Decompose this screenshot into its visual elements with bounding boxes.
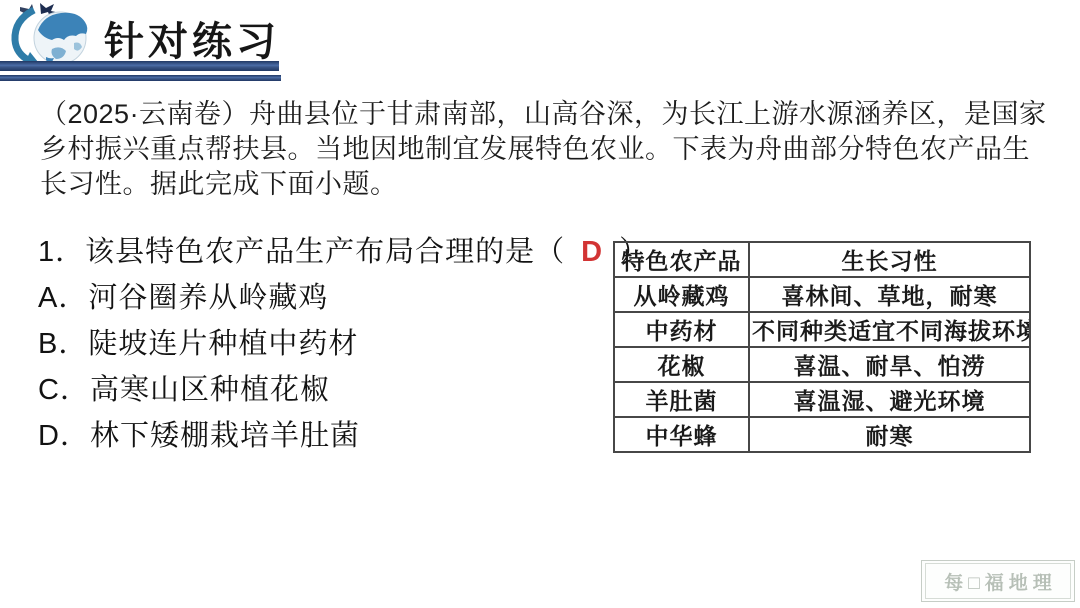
table-header-product: 特色农产品 bbox=[614, 242, 749, 277]
header-divider-thin bbox=[0, 75, 281, 81]
answer-letter: D bbox=[581, 236, 603, 268]
option-d: D．林下矮棚栽培羊肚菌 bbox=[38, 420, 649, 453]
table-row: 花椒 喜温、耐旱、怕涝 bbox=[614, 347, 1030, 382]
watermark-stamp: 每□福地理 bbox=[921, 560, 1075, 602]
habits-table: 特色农产品 生长习性 从岭藏鸡 喜林间、草地，耐寒 中药材 不同种类适宜不同海拔… bbox=[613, 241, 1031, 453]
page-title: 针对练习 bbox=[104, 10, 280, 67]
globe-icon bbox=[6, 2, 102, 66]
stem-line: 长习性。据此完成下面小题。 bbox=[40, 167, 1030, 202]
table-row: 羊肚菌 喜温湿、避光环境 bbox=[614, 382, 1030, 417]
watermark-inner-border: 每□福地理 bbox=[925, 563, 1071, 599]
header-divider-thick bbox=[0, 61, 279, 71]
product-cell: 中药材 bbox=[614, 312, 749, 347]
table-row: 中药材 不同种类适宜不同海拔环境 bbox=[614, 312, 1030, 347]
table-header-habit: 生长习性 bbox=[749, 242, 1030, 277]
product-cell: 中华蜂 bbox=[614, 417, 749, 452]
habit-cell: 不同种类适宜不同海拔环境 bbox=[749, 312, 1030, 347]
stem-line: 乡村振兴重点帮扶县。当地因地制宜发展特色农业。下表为舟曲部分特色农产品生 bbox=[40, 132, 1030, 167]
habit-cell: 喜温、耐旱、怕涝 bbox=[749, 347, 1030, 382]
option-b: B．陡坡连片种植中药材 bbox=[38, 328, 649, 361]
slide: 针对练习 （2025·云南卷）舟曲县位于甘肃南部，山高谷深，为长江上游水源涵养区… bbox=[0, 0, 1080, 608]
question-text: 1．该县特色农产品生产布局合理的是（ bbox=[38, 236, 565, 268]
question-line: 1．该县特色农产品生产布局合理的是（D） bbox=[38, 236, 649, 269]
watermark-text: 每□福地理 bbox=[939, 568, 1056, 595]
table-row: 中华蜂 耐寒 bbox=[614, 417, 1030, 452]
habit-cell: 喜温湿、避光环境 bbox=[749, 382, 1030, 417]
table-row: 从岭藏鸡 喜林间、草地，耐寒 bbox=[614, 277, 1030, 312]
question-block: 1．该县特色农产品生产布局合理的是（D） A．河谷圈养从岭藏鸡 B．陡坡连片种植… bbox=[38, 236, 649, 453]
product-cell: 从岭藏鸡 bbox=[614, 277, 749, 312]
stem-line: （2025·云南卷）舟曲县位于甘肃南部，山高谷深，为长江上游水源涵养区，是国家 bbox=[40, 97, 1030, 132]
habit-cell: 喜林间、草地，耐寒 bbox=[749, 277, 1030, 312]
habit-cell: 耐寒 bbox=[749, 417, 1030, 452]
product-cell: 花椒 bbox=[614, 347, 749, 382]
table-header-row: 特色农产品 生长习性 bbox=[614, 242, 1030, 277]
question-stem: （2025·云南卷）舟曲县位于甘肃南部，山高谷深，为长江上游水源涵养区，是国家 … bbox=[40, 97, 1030, 202]
option-c: C．高寒山区种植花椒 bbox=[38, 374, 649, 407]
product-cell: 羊肚菌 bbox=[614, 382, 749, 417]
option-a: A．河谷圈养从岭藏鸡 bbox=[38, 282, 649, 315]
